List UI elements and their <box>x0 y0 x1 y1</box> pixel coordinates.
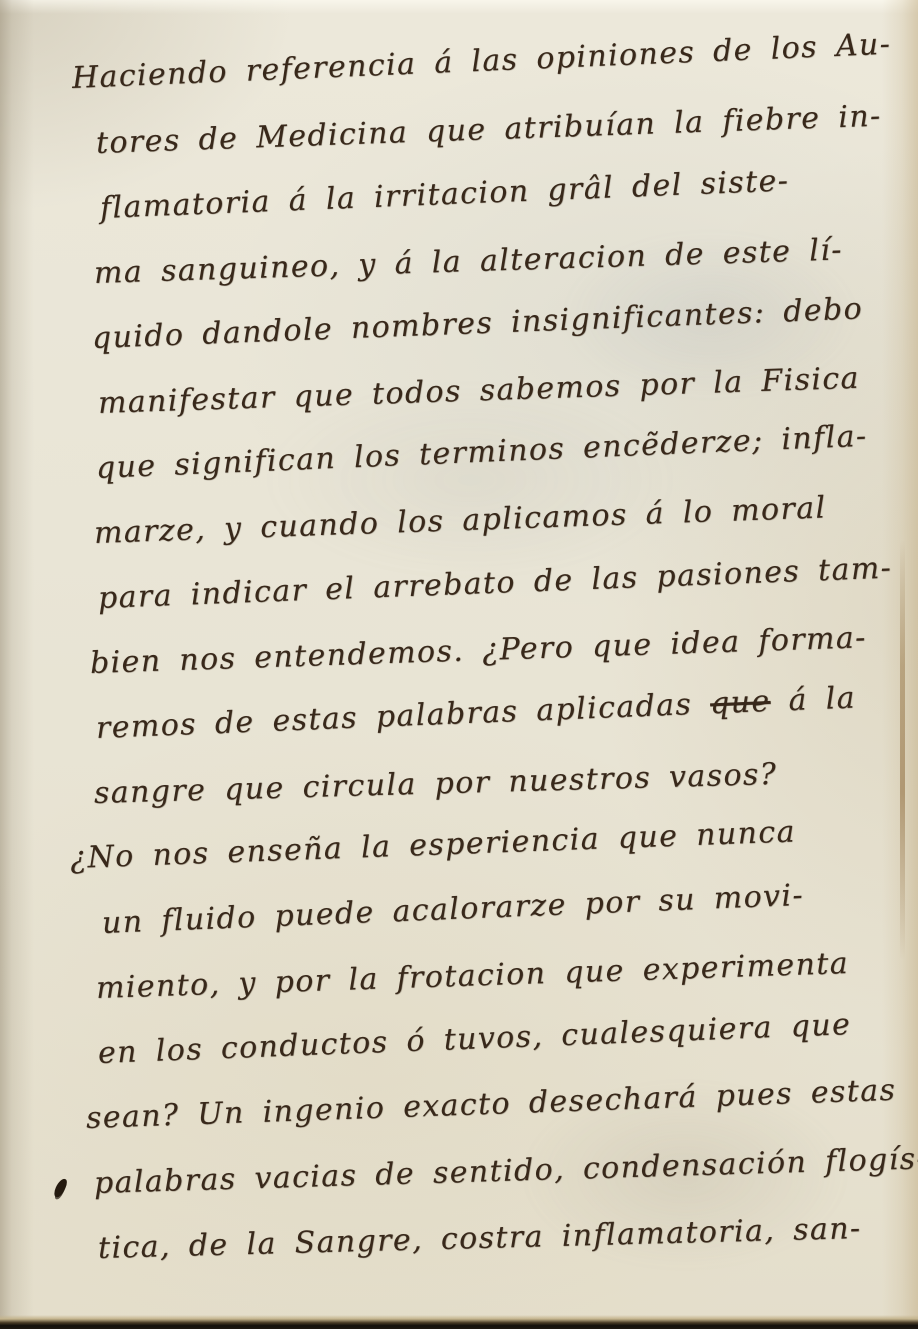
manuscript-page: Haciendo referencia á las opiniones de l… <box>0 0 918 1329</box>
page-edge-top <box>0 0 918 14</box>
page-scan-edge-bottom <box>0 1315 918 1329</box>
struck-word: que <box>709 684 771 721</box>
page-edge-streak-right <box>900 540 905 960</box>
manuscript-text: Haciendo referencia á las opiniones de l… <box>68 46 898 1281</box>
line-segment: remos de estas palabras aplicadas <box>95 686 710 746</box>
page-edge-shadow-left <box>0 0 34 1329</box>
line-segment: á la <box>770 680 857 718</box>
marginal-ink-mark <box>52 1177 68 1199</box>
